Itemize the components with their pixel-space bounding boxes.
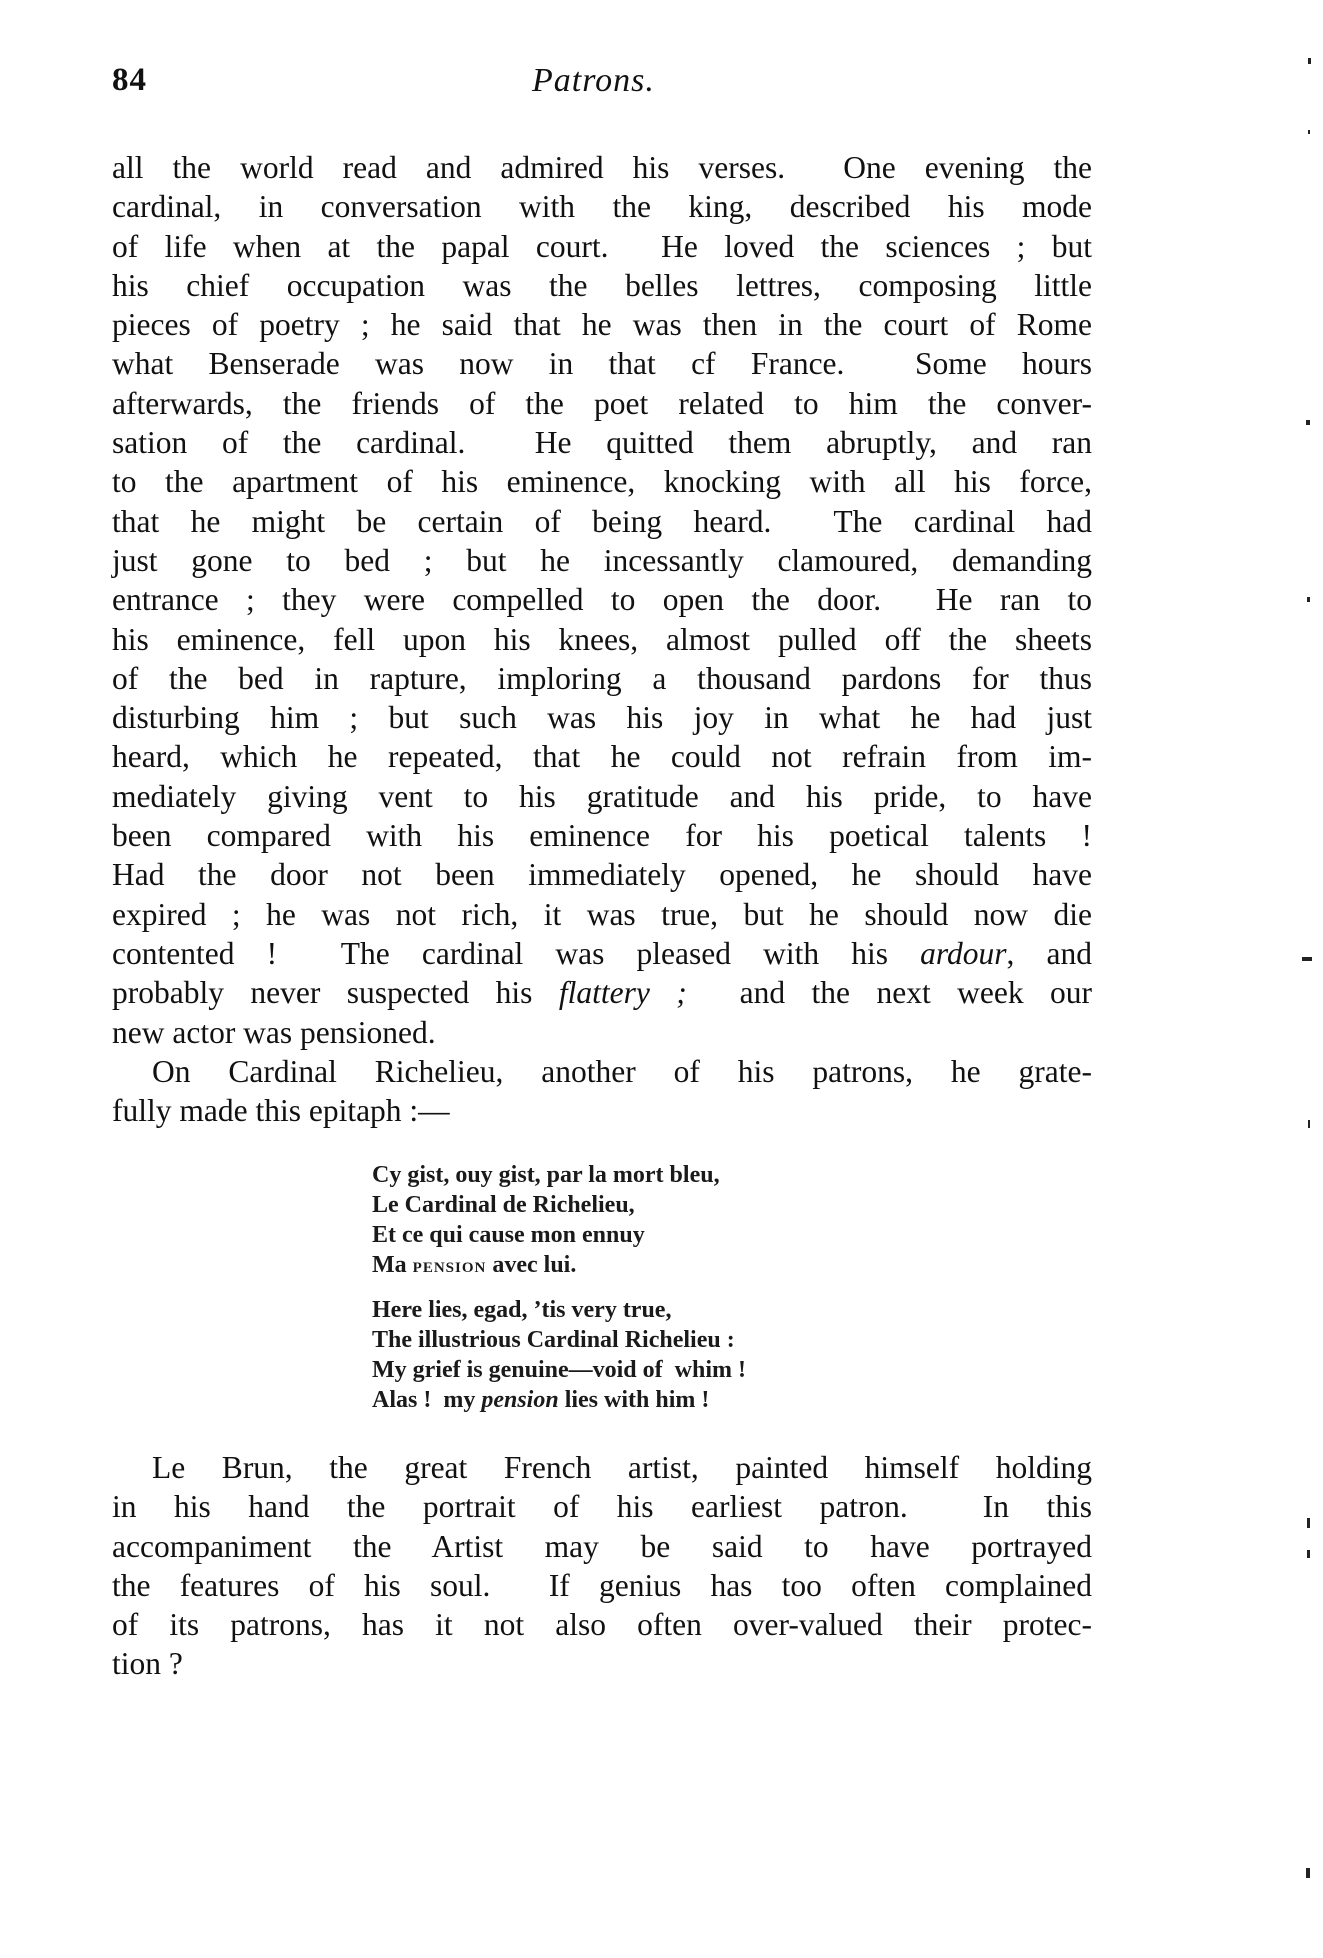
- line-text: just gone to bed ; but he incessantly cl…: [112, 543, 1092, 578]
- line-text: tion ?: [112, 1646, 183, 1681]
- main-text: all the world read and admired his verse…: [112, 148, 1092, 1130]
- line-text: been compared with his eminence for his …: [112, 818, 1092, 853]
- line-text: his chief occupation was the belles lett…: [112, 268, 1092, 303]
- page-header: 84 Patrons.: [112, 62, 1092, 110]
- text-line: what Benserade was now in that cf France…: [112, 344, 1092, 383]
- line-text: of the bed in rapture, imploring a thous…: [112, 661, 1092, 696]
- epitaph-french: Cy gist, ouy gist, par la mort bleu,Le C…: [372, 1160, 720, 1280]
- verse-line: Et ce qui cause mon ennuy: [372, 1220, 720, 1250]
- verse-line: The illustrious Cardinal Richelieu :: [372, 1325, 746, 1355]
- line-text: The illustrious Cardinal Richelieu :: [372, 1327, 735, 1353]
- text-line: the features of his soul. If genius has …: [112, 1566, 1092, 1605]
- paragraph-le-brun: Le Brun, the great French artist, painte…: [112, 1448, 1092, 1684]
- text-line: disturbing him ; but such was his joy in…: [112, 698, 1092, 737]
- text-line: Had the door not been immediately opened…: [112, 855, 1092, 894]
- line-text: the features of his soul. If genius has …: [112, 1568, 1092, 1603]
- line-text: sation of the cardinal. He quitted them …: [112, 425, 1092, 460]
- verse-line: Le Cardinal de Richelieu,: [372, 1190, 720, 1220]
- line-text: and the next week our: [687, 975, 1092, 1010]
- line-text: expired ; he was not rich, it was true, …: [112, 897, 1092, 932]
- text-line: to the apartment of his eminence, knocki…: [112, 462, 1092, 501]
- text-line: Le Brun, the great French artist, painte…: [112, 1448, 1092, 1487]
- line-text: afterwards, the friends of the poet rela…: [112, 386, 1092, 421]
- line-text: new actor was pensioned.: [112, 1015, 436, 1050]
- line-text: Le Brun, the great French artist, painte…: [152, 1450, 1092, 1485]
- line-text: probably never suspected his: [112, 975, 559, 1010]
- line-text: contented ! The cardinal was pleased wit…: [112, 936, 920, 971]
- text-line: tion ?: [112, 1644, 1092, 1683]
- text-line: of its patrons, has it not also often ov…: [112, 1605, 1092, 1644]
- line-text: avec lui.: [486, 1252, 576, 1278]
- line-text: Had the door not been immediately opened…: [112, 857, 1092, 892]
- line-text: My grief is genuine—void of whim !: [372, 1357, 746, 1383]
- text-line: of the bed in rapture, imploring a thous…: [112, 659, 1092, 698]
- text-line: afterwards, the friends of the poet rela…: [112, 384, 1092, 423]
- line-text: Here lies, egad, ’tis very true,: [372, 1297, 671, 1323]
- epitaph-english: Here lies, egad, ’tis very true,The illu…: [372, 1295, 746, 1415]
- text-line: his chief occupation was the belles lett…: [112, 266, 1092, 305]
- text-line: pieces of poetry ; he said that he was t…: [112, 305, 1092, 344]
- text-line: entrance ; they were compelled to open t…: [112, 580, 1092, 619]
- text-line: heard, which he repeated, that he could …: [112, 737, 1092, 776]
- line-text: Et ce qui cause mon ennuy: [372, 1222, 645, 1248]
- verse-line: My grief is genuine—void of whim !: [372, 1355, 746, 1385]
- line-text: Ma: [372, 1252, 413, 1278]
- verse-line: Alas ! my pension lies with him !: [372, 1385, 746, 1415]
- line-text: in his hand the portrait of his earliest…: [112, 1489, 1092, 1524]
- line-text: of life when at the papal court. He love…: [112, 229, 1092, 264]
- smallcaps-emphasis: pension: [413, 1252, 487, 1277]
- text-line: of life when at the papal court. He love…: [112, 227, 1092, 266]
- text-line: contented ! The cardinal was pleased wit…: [112, 934, 1092, 973]
- italic-emphasis: ardour: [920, 936, 1006, 971]
- line-text: mediately giving vent to his gratitude a…: [112, 779, 1092, 814]
- text-line: accompaniment the Artist may be said to …: [112, 1527, 1092, 1566]
- text-line: On Cardinal Richelieu, another of his pa…: [112, 1052, 1092, 1091]
- book-page: 84 Patrons. all the world read and admir…: [0, 0, 1323, 1958]
- text-line: expired ; he was not rich, it was true, …: [112, 895, 1092, 934]
- text-line: just gone to bed ; but he incessantly cl…: [112, 541, 1092, 580]
- italic-emphasis: pension: [481, 1387, 558, 1413]
- verse-line: Here lies, egad, ’tis very true,: [372, 1295, 746, 1325]
- text-line: that he might be certain of being heard.…: [112, 502, 1092, 541]
- text-line: all the world read and admired his verse…: [112, 148, 1092, 187]
- verse-line: Cy gist, ouy gist, par la mort bleu,: [372, 1160, 720, 1190]
- text-line: new actor was pensioned.: [112, 1013, 1092, 1052]
- line-text: On Cardinal Richelieu, another of his pa…: [152, 1054, 1092, 1089]
- paragraph-benserade: all the world read and admired his verse…: [112, 148, 1092, 1052]
- line-text: accompaniment the Artist may be said to …: [112, 1529, 1092, 1564]
- text-line: his eminence, fell upon his knees, almos…: [112, 620, 1092, 659]
- line-text: to the apartment of his eminence, knocki…: [112, 464, 1092, 499]
- line-text: disturbing him ; but such was his joy in…: [112, 700, 1092, 735]
- scan-margin-artifacts: [1300, 0, 1320, 1958]
- line-text: that he might be certain of being heard.…: [112, 504, 1092, 539]
- line-text: his eminence, fell upon his knees, almos…: [112, 622, 1092, 657]
- line-text: cardinal, in conversation with the king,…: [112, 189, 1092, 224]
- line-text: Alas ! my: [372, 1387, 481, 1413]
- page-number: 84: [112, 62, 147, 99]
- text-line: mediately giving vent to his gratitude a…: [112, 777, 1092, 816]
- paragraph-richelieu-intro: On Cardinal Richelieu, another of his pa…: [112, 1052, 1092, 1131]
- line-text: fully made this epitaph :—: [112, 1093, 450, 1128]
- line-text: heard, which he repeated, that he could …: [112, 739, 1092, 774]
- line-text: lies with him !: [559, 1387, 710, 1413]
- running-title: Patrons.: [532, 62, 655, 100]
- text-line: cardinal, in conversation with the king,…: [112, 187, 1092, 226]
- text-line: sation of the cardinal. He quitted them …: [112, 423, 1092, 462]
- italic-emphasis: flattery ;: [559, 975, 687, 1010]
- line-text: of its patrons, has it not also often ov…: [112, 1607, 1092, 1642]
- text-line: in his hand the portrait of his earliest…: [112, 1487, 1092, 1526]
- verse-line: Ma pension avec lui.: [372, 1250, 720, 1280]
- line-text: Le Cardinal de Richelieu,: [372, 1192, 635, 1218]
- line-text: pieces of poetry ; he said that he was t…: [112, 307, 1092, 342]
- text-line: fully made this epitaph :—: [112, 1091, 1092, 1130]
- line-text: , and: [1007, 936, 1093, 971]
- line-text: entrance ; they were compelled to open t…: [112, 582, 1092, 617]
- line-text: all the world read and admired his verse…: [112, 150, 1092, 185]
- line-text: what Benserade was now in that cf France…: [112, 346, 1092, 381]
- line-text: Cy gist, ouy gist, par la mort bleu,: [372, 1162, 720, 1188]
- text-line: probably never suspected his flattery ; …: [112, 973, 1092, 1012]
- text-line: been compared with his eminence for his …: [112, 816, 1092, 855]
